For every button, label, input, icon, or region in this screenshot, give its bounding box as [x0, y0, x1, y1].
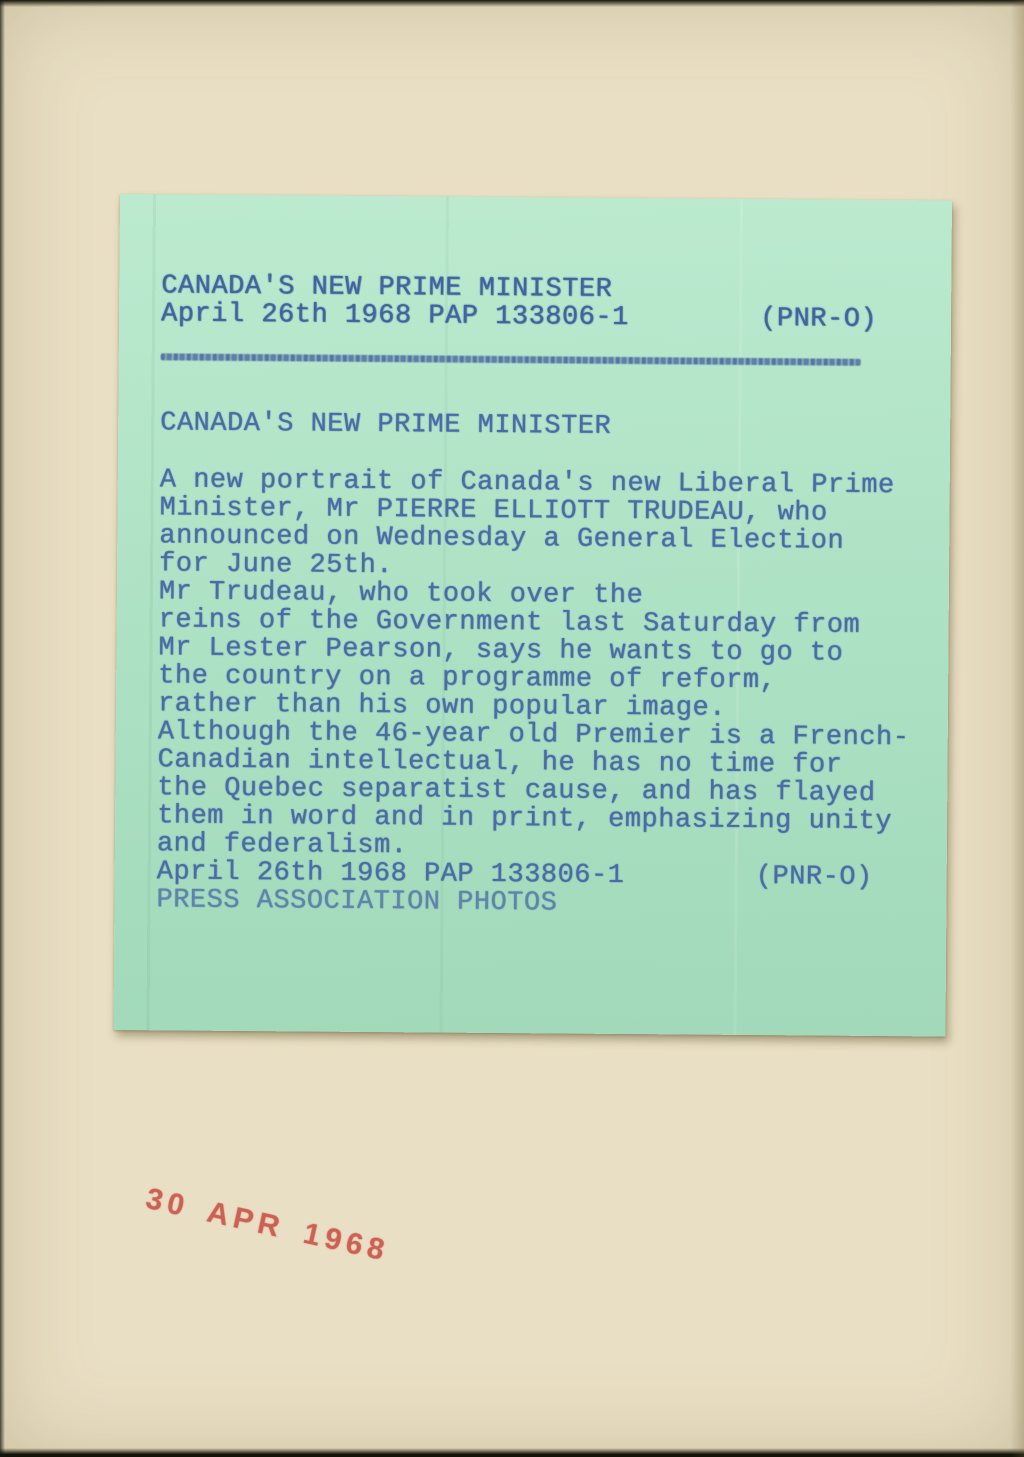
caption-dateline: April 26th 1968 PAP 133806-1 [161, 300, 629, 332]
scan-edge-left [0, 0, 5, 1457]
caption-ref-code: (PNR-O) [760, 305, 877, 334]
scan-edge-top [0, 0, 1024, 7]
agency-credit: PRESS ASSOCIATION PHOTOS [156, 886, 902, 920]
slip-content: CANADA'S NEW PRIME MINISTER April 26th 1… [156, 272, 907, 920]
body-heading: CANADA'S NEW PRIME MINISTER [160, 409, 906, 443]
footer-ref-code: (PNR-O) [756, 863, 873, 892]
caption-dateline-row: April 26th 1968 PAP 133806-1 (PNR-O) [161, 300, 877, 334]
scan-edge-bottom [0, 1448, 1024, 1457]
typed-divider-rule [161, 353, 861, 365]
scan-edge-right [1010, 0, 1024, 1457]
caption-paragraph: A new portrait of Canada's new Liberal P… [157, 466, 906, 864]
caption-slip: CANADA'S NEW PRIME MINISTER April 26th 1… [113, 194, 952, 1037]
scanned-press-caption: CANADA'S NEW PRIME MINISTER April 26th 1… [0, 0, 1024, 1457]
